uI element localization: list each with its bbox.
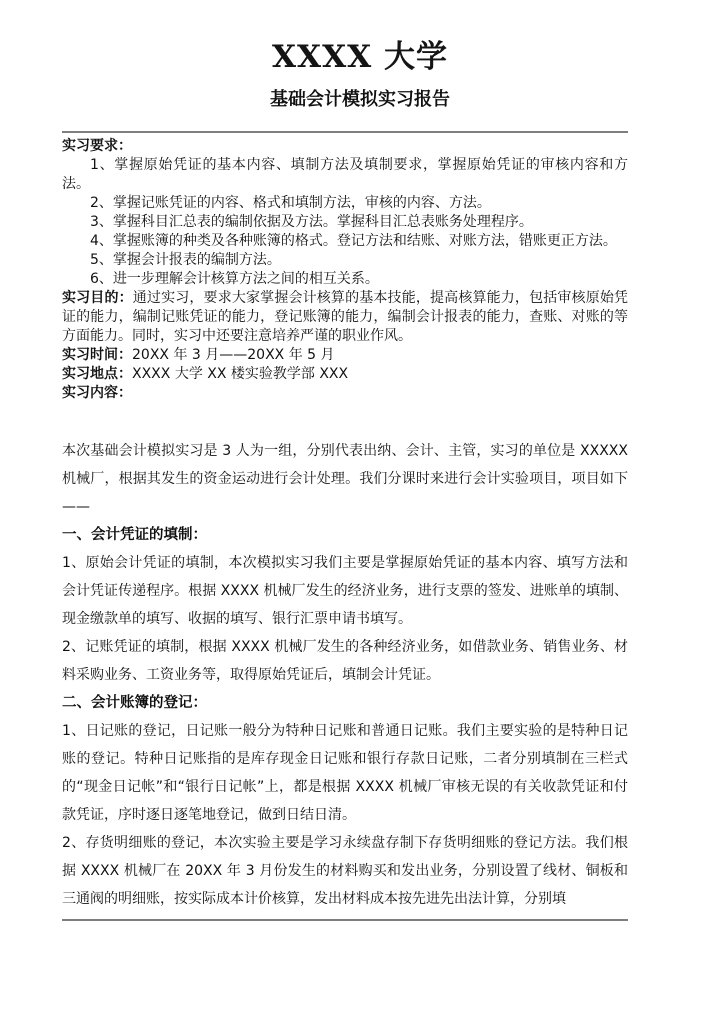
time-line: 实习时间：20XX 年 3 月——20XX 年 5 月: [62, 346, 628, 365]
content-label: 实习内容：: [62, 385, 132, 401]
content-label-line: 实习内容：: [62, 384, 628, 403]
section1-paragraph-2: 2、记账凭证的填制，根据 XXXX 机械厂发生的各种经济业务，如借款业务、销售业…: [62, 633, 628, 689]
purpose-label: 实习目的：: [62, 290, 133, 306]
requirement-item-2: 2、掌握记账凭证的内容、格式和填制方法，审核的内容、方法。: [62, 194, 628, 213]
requirement-item-4: 4、掌握账簿的种类及各种账簿的格式。登记方法和结账、对账方法，错账更正方法。: [62, 232, 628, 251]
time-text: 20XX 年 3 月——20XX 年 5 月: [132, 347, 335, 363]
requirements-block: 实习要求： 1、掌握原始凭证的基本内容、填制方法及填制要求，掌握原始凭证的审核内…: [62, 137, 628, 403]
intro-paragraph: 本次基础会计模拟实习是 3 人为一组，分别代表出纳、会计、主管，实习的单位是 X…: [62, 437, 628, 521]
section1-paragraph-1: 1、原始会计凭证的填制，本次模拟实习我们主要是掌握原始凭证的基本内容、填写方法和…: [62, 549, 628, 633]
bottom-divider-rule: [62, 919, 628, 921]
top-divider-rule: [62, 131, 628, 133]
requirement-item-5: 5、掌握会计报表的编制方法。: [62, 251, 628, 270]
purpose-text: 通过实习，要求大家掌握会计核算的基本技能，提高核算能力，包括审核原始凭证的能力，…: [62, 290, 628, 344]
location-label: 实习地点：: [62, 366, 132, 382]
section2-heading: 二、会计账簿的登记：: [62, 689, 628, 717]
content-block: 本次基础会计模拟实习是 3 人为一组，分别代表出纳、会计、主管，实习的单位是 X…: [62, 437, 628, 913]
requirement-item-6: 6、进一步理解会计核算方法之间的相互关系。: [62, 270, 628, 289]
document-page: XXXX 大学 基础会计模拟实习报告 实习要求： 1、掌握原始凭证的基本内容、填…: [0, 0, 720, 1017]
report-title: 基础会计模拟实习报告: [0, 88, 720, 112]
section1-heading: 一、会计凭证的填制：: [62, 521, 628, 549]
requirement-item-3: 3、掌握科目汇总表的编制依据及方法。掌握科目汇总表账务处理程序。: [62, 213, 628, 232]
university-title: XXXX 大学: [0, 38, 720, 76]
location-line: 实习地点：XXXX 大学 XX 楼实验教学部 XXX: [62, 365, 628, 384]
section2-paragraph-1: 1、日记账的登记，日记账一般分为特种日记账和普通日记账。我们主要实验的是特种日记…: [62, 717, 628, 829]
requirements-label-line: 实习要求：: [62, 137, 628, 156]
requirements-label: 实习要求：: [62, 138, 132, 154]
requirement-item-1: 1、掌握原始凭证的基本内容、填制方法及填制要求，掌握原始凭证的审核内容和方法。: [62, 156, 628, 194]
time-label: 实习时间：: [62, 347, 132, 363]
location-text: XXXX 大学 XX 楼实验教学部 XXX: [132, 366, 348, 382]
section2-paragraph-2: 2、存货明细账的登记，本次实验主要是学习永续盘存制下存货明细账的登记方法。我们根…: [62, 829, 628, 913]
purpose-paragraph: 实习目的：通过实习，要求大家掌握会计核算的基本技能，提高核算能力，包括审核原始凭…: [62, 289, 628, 346]
